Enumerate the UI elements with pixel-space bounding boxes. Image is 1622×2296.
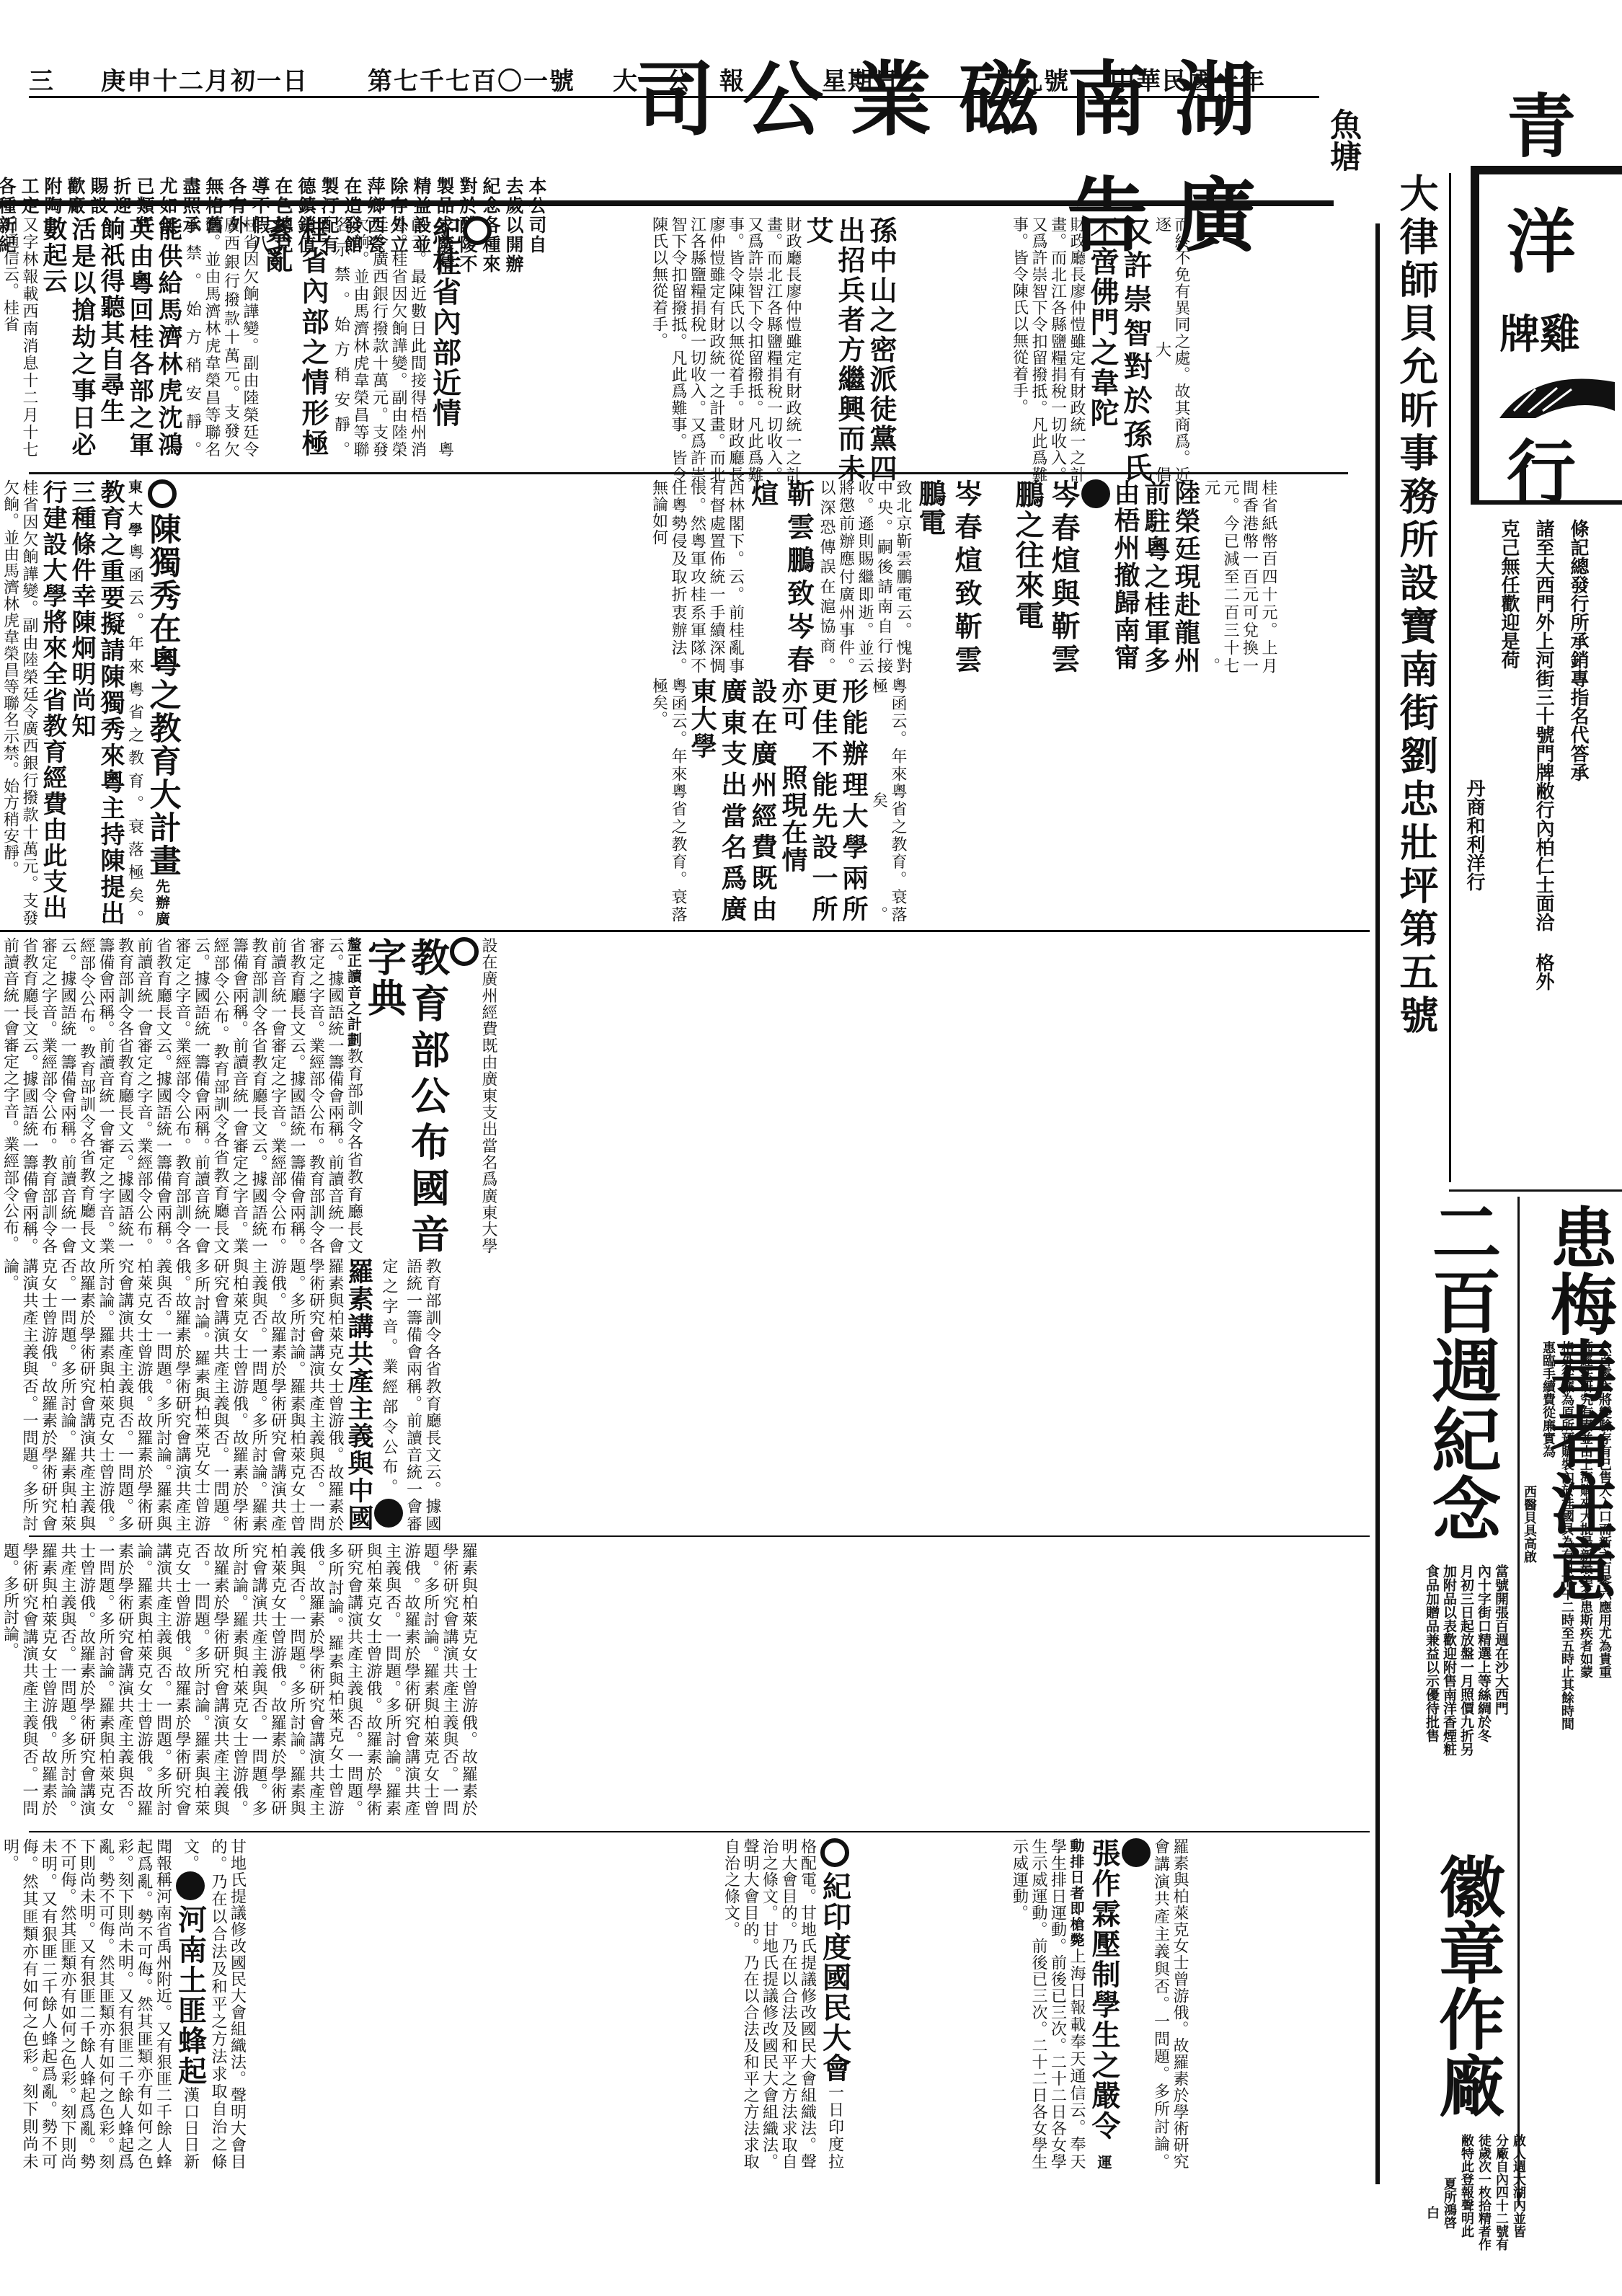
article-body: 設在廣州經費既由廣東支出當名爲廣東大學	[479, 937, 497, 1254]
badge-ad-line: 分廠自內四十二號有	[1493, 2134, 1509, 2264]
qingyang-brand-sub: 牌雞	[1499, 303, 1580, 360]
badge-ad-line: 敝特此登報聲明此	[1458, 2134, 1474, 2264]
anniversary-ad-body: 當號開張百週在沙大西門 內十字街口精選上等絲綢於冬 月初三日起放盤一月照價九折另…	[1424, 1564, 1509, 1867]
article-headline: 又許崇智對於孫氏不啻佛門之韋陀	[1086, 216, 1152, 483]
top-ad-title: 湖南磁業公司廣告	[548, 108, 1283, 195]
bullet-icon	[450, 937, 479, 966]
article-body: 西林閣下。云。前桂亂事有督處置佈統一手續深惆悵。然粵軍攻桂系軍隊不任粵勢侵及取折…	[650, 479, 745, 674]
lawyer-ad: 大律師貝允昕事務所設寶南街劉忠壯坪第五號	[1395, 173, 1438, 1182]
article-body: 桂省因欠餉譁變。副由陸榮廷令廣西銀行撥款十萬元。支發欠餉。並由馬濟林虎韋榮昌等聯…	[332, 216, 408, 458]
article-phonetic-dictionary: 設在廣州經費既由廣東支出當名爲廣東大學教育部公布國音字典釐正讀音之計劃教育部訓令…	[0, 937, 1370, 1254]
article-body: 桂省因欠餉譁變。副由陸榮廷令廣西銀行撥款十萬元。支發欠餉。並由馬濟林虎韋榮昌等聯…	[184, 216, 260, 458]
article-headline: 形能辦理大學兩所更佳不能先設一所亦可 照現在情	[778, 678, 869, 923]
article-lede: 粵函云。年來粵省之教育。衰落極矣。	[126, 544, 144, 926]
bullet-icon	[176, 1871, 205, 1900]
article-cen-jin-telegrams: 岑春煊致靳雲鵬電致北京靳雲鵬電云。愧對中央。嗣後請南自行接收。遜則賜繼即逝。並云…	[649, 479, 1009, 674]
article-headline: 設在廣州經費既由廣東支出當名爲廣東大學	[687, 678, 778, 923]
bullet-icon	[1122, 1838, 1151, 1867]
anniversary-ad-line: 當號開張百週在沙大西門	[1493, 1564, 1509, 1867]
syphilis-ad-line: 惠臨手續費從廉實為	[1540, 1341, 1556, 1845]
section-rule	[29, 1535, 1370, 1537]
article-headline: 陳獨秀在粵之教育大計畫	[144, 513, 180, 877]
article-headline: 教育之重要擬請陳獨秀來粵主持陳提出三種條件幸陳炯明尚知	[67, 479, 125, 926]
article-henan-bandits: 甘地氏提議修改國民大會組織法。聲明大會目的。乃在以合法及和平之方法求取自治之條文…	[0, 1838, 721, 2170]
article-headline: 紀印度國民大會	[817, 1871, 853, 2083]
article-body: 又字林報載西南消息十二月十七日通信云。桂省	[1, 216, 39, 458]
lunar-date: 庚申十二月初一日	[101, 61, 309, 97]
article-headline: 岑春煊與靳雲鵬之往來電	[1009, 479, 1081, 674]
article-body: 教育部訓令各省教育廳長文云。據國語統一籌備會兩稱。前讀音統一會審定之字音。業經部…	[380, 1258, 441, 1532]
article-india-congress: 紀印度國民大會一日印度拉格配電。甘地氏提議修改國民大會組織法。聲明大會目的。乃在…	[721, 1838, 1009, 2170]
qingyang-ad-line: 條記總發行所承銷專指名代答承	[1567, 519, 1589, 1096]
issue-number: 第七千七百〇一號	[368, 61, 575, 97]
anniversary-ad-line: 月初三日起放盤一月照價九折另	[1458, 1564, 1474, 1867]
anniversary-ad-title: 二百週紀念	[1424, 1197, 1499, 1543]
top-ad-bottom-rule	[0, 200, 1334, 206]
top-ad-side-label: 魚塘	[1319, 108, 1365, 172]
article-guangxi-internal: 紀桂省內部近情粵函云。最近數日此間接得梧州消息。桂省因欠餉譁變。副由陸榮廷令廣西…	[0, 216, 649, 458]
anniversary-ad-line: 食品加贈品兼益以示優待批售	[1424, 1564, 1440, 1867]
article-chen-duxiu: 陳獨秀在粵之教育大計畫先辦廣東大學粵函云。年來粵省之教育。衰落極矣。教育之重要擬…	[0, 479, 649, 926]
bullet-icon	[820, 1838, 849, 1867]
article-headline: 行建設大學將來全省教育經費由此支出	[38, 479, 67, 921]
syphilis-ad-line: 六百零六將變驗存有已售大入口而新六百零六應用尤為貴重	[1596, 1341, 1612, 1845]
rooster-icon	[1492, 368, 1622, 425]
article-communism-cont: 羅素與柏萊克女士曾游俄。故羅素於學術研究會講演共產主義與否。一問題。多所討論。羅…	[0, 1543, 1370, 1817]
article-headline: 羅素講共產主義與中國	[344, 1258, 374, 1532]
bullet-icon	[374, 1499, 403, 1528]
syphilis-ad-line: 西醫貝具高啟	[1521, 1485, 1537, 1845]
article-lede: 而終不免有異同之處。故其商爲。近逐大倡	[1153, 216, 1191, 483]
article-body: 粵函云。年來粵省之教育。衰落極矣。	[870, 678, 908, 923]
bullet-icon	[463, 216, 492, 245]
article-subhead: 釐正讀音之計劃	[345, 937, 363, 1048]
badge-ad-line: 徒歲次一枚拾精者作	[1476, 2134, 1492, 2264]
badge-ad-signature: 白	[1424, 2206, 1440, 2264]
article-body: 財政廳長廖仲愷雖定有財政統一之計畫。而北江各縣鹽糧捐稅一切收入。又爲許崇智下令扣…	[1011, 216, 1086, 483]
badge-factory-ad-body: 啟人週大湖內並皆 分廠自內四十二號有 徒歲次一枚拾精者作 敝特此登報聲明此 夏所…	[1424, 2134, 1526, 2264]
badge-ad-line: 夏所鴻啓	[1441, 2177, 1457, 2264]
article-lu-rongting: 桂省紙幣百四十元。上月間香港幣一百元可兌換一元。今已減至二百三十七元。陸榮廷現赴…	[1009, 479, 1312, 674]
bullet-icon	[148, 479, 177, 508]
article-body: 桂省紙幣百四十元。上月間香港幣一百元可兌換一元。今已減至二百三十七元。	[1202, 479, 1278, 674]
article-body: 致北京靳雲鵬電云。愧對中央。嗣後請南自行接收。遜則賜繼即逝。並云將懲前辦應付廣州…	[817, 479, 912, 674]
article-headline: 桂省內部之情形極紊亂	[259, 216, 331, 458]
article-headline: 河南土匪蜂起	[172, 1905, 208, 2086]
bullet-icon	[1081, 479, 1110, 508]
section-rule	[29, 1831, 1370, 1832]
sidebar-inner-divider	[1449, 173, 1451, 1182]
article-headline: 能供給馬濟林虎沈鴻英由粵回桂各部之軍餉祇得聽其自尋生	[96, 216, 182, 458]
article-zhang-zuolin: 羅素與柏萊克女士曾游俄。故羅素於學術研究會講演共產主義與否。一問題。多所討論。張…	[1009, 1838, 1370, 2170]
article-body: 桂省因欠餉譁變。副由陸榮廷令廣西銀行撥款十萬元。支發欠餉。並由馬濟林虎韋榮昌等聯…	[1, 479, 39, 926]
anniversary-ad-line: 加附品以表歡迎附售南洋香煙粧	[1441, 1564, 1457, 1867]
article-headline: 岑春煊致靳雲鵬電	[912, 479, 984, 674]
qingyang-brand-bottom: 行	[1507, 418, 1576, 517]
anniversary-ad-line: 內十字街口精選上等絲綢於冬	[1476, 1564, 1492, 1867]
qingyang-brand-top: 青	[1507, 72, 1576, 171]
article-headline: 活是以搶劫之事日必數起云	[38, 216, 96, 458]
badge-ad-line: 啟人週大湖內並皆	[1510, 2134, 1526, 2264]
qingyang-ad-signature: 丹商和利洋行	[1463, 779, 1485, 1096]
article-body: 羅素與柏萊克女士曾游俄。故羅素於學術研究會講演共產主義與否。一問題。多所討論。	[1152, 1838, 1189, 2170]
sidebar-inner-divider	[1517, 1197, 1520, 2206]
section-rule	[29, 472, 1348, 474]
sidebar-divider	[1375, 223, 1380, 2184]
article-chen-duxiu-cont: 粵函云。年來粵省之教育。衰落極矣。形能辦理大學兩所更佳不能先設一所亦可 照現在情…	[649, 678, 1312, 923]
article-body: 羅素與柏萊克女士曾游俄。故羅素於學術研究會講演共產主義與否。一問題。多所討論。	[1, 1543, 58, 1817]
article-xu-chongzhi: 而終不免有異同之處。故其商爲。近逐大倡又許崇智對於孫氏不啻佛門之韋陀財政廳長廖仲…	[1009, 216, 1312, 483]
section-rule	[0, 930, 1370, 932]
badge-factory-ad-title: 徽章作廠	[1431, 1853, 1503, 2118]
article-body: 粵函云。年來粵省之教育。衰落極矣。	[650, 678, 688, 923]
syphilis-ad-line: 格外從廉為原所預購裝內於桂國貝為有日下午二時至五時止其餘時間	[1559, 1341, 1574, 1845]
article-headline: 陸榮廷現赴龍州前駐粵之桂軍多由梧州撤歸南甯	[1110, 479, 1201, 674]
qingyang-ad-line: 諸至大西門外上河街三十號門牌敝行內柏仁士面洽 格外	[1533, 519, 1554, 1096]
article-russell-communism: 教育部訓令各省教育廳長文云。據國語統一籌備會兩稱。前讀音統一會審定之字音。業經部…	[0, 1258, 1370, 1532]
qingyang-brand: 洋	[1507, 187, 1576, 286]
sidebar-rule	[1449, 1189, 1622, 1192]
syphilis-ad-line: 師經法研究有素並由上海購來大批最新最美多患斯疾者如蒙	[1577, 1341, 1593, 1845]
qingyang-ad-body: 條記總發行所承銷專指名代答承 諸至大西門外上河街三十號門牌敝行內柏仁士面洽 格外…	[1463, 519, 1589, 1096]
article-headline: 孫中山之密派徒黨四出招兵者方繼興而未艾	[802, 216, 897, 483]
article-headline: 教育部公布國音字典	[363, 937, 450, 1254]
article-headline: 靳雲鵬致岑春煊	[745, 479, 817, 674]
article-sun-recruitment: 孫中山之密派徒黨四出招兵者方繼興而未艾財政廳長廖仲愷雖定有財政統一之計畫。而北江…	[649, 216, 1009, 483]
qingyang-ad-line: 克己無任歡迎是荷	[1498, 519, 1520, 1096]
page-number: 三	[29, 61, 55, 97]
article-headline: 紀桂省內部近情	[427, 216, 463, 428]
syphilis-ad-body: 六百零六將變驗存有已售大入口而新六百零六應用尤為貴重 師經法研究有素並由上海購來…	[1521, 1341, 1612, 1845]
article-headline: 張作霖壓制學生之嚴令	[1086, 1838, 1122, 2141]
